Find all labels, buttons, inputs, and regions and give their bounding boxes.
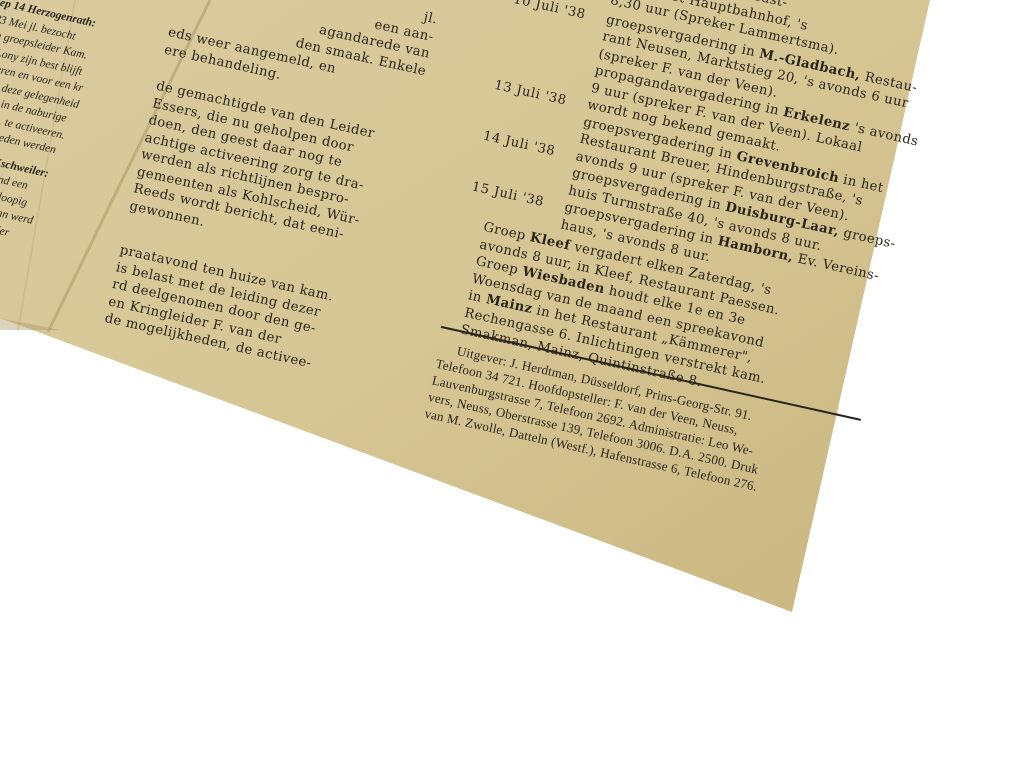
entry-date: 10 Juli '38 — [512, 0, 587, 23]
newspaper-photo: Groep 14 Herzogenrath: Op 23 Mei jl. bez… — [0, 0, 1024, 768]
